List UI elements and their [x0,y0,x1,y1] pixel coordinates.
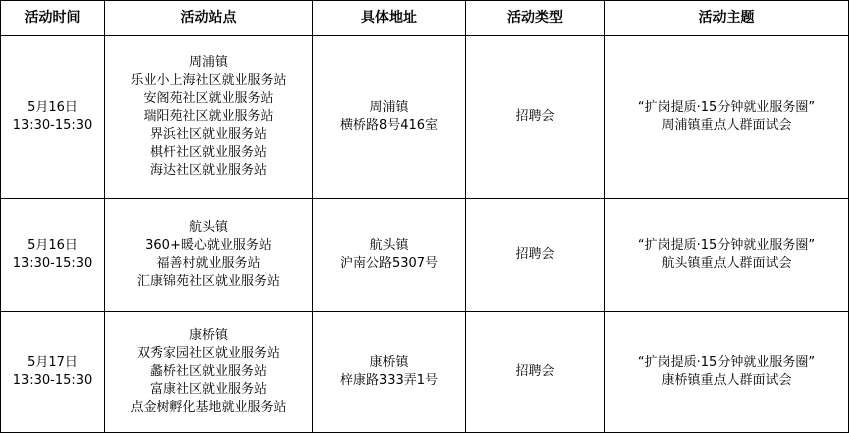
header-row: 活动时间 活动站点 具体地址 活动类型 活动主题 [1,1,849,36]
station-item: 点金树孵化基地就业服务站 [107,399,310,417]
theme-title: “扩岗提质·15分钟就业服务圈” [607,99,846,117]
event-hours: 13:30-15:30 [3,372,102,390]
address-street: 梓康路333弄1号 [315,372,463,390]
theme-cell: “扩岗提质·15分钟就业服务圈” 康桥镇重点人群面试会 [605,312,849,433]
theme-cell: “扩岗提质·15分钟就业服务圈” 周浦镇重点人群面试会 [605,36,849,199]
station-town: 周浦镇 [107,54,310,72]
station-cell: 康桥镇 双秀家园社区就业服务站 蠡桥社区就业服务站 富康社区就业服务站 点金树孵… [105,312,313,433]
time-cell: 5月16日 13:30-15:30 [1,199,105,312]
table-row: 5月16日 13:30-15:30 航头镇 360+暖心就业服务站 福善村就业服… [1,199,849,312]
theme-cell: “扩岗提质·15分钟就业服务圈” 航头镇重点人群面试会 [605,199,849,312]
table-row: 5月17日 13:30-15:30 康桥镇 双秀家园社区就业服务站 蠡桥社区就业… [1,312,849,433]
address-town: 周浦镇 [315,99,463,117]
theme-subtitle: 航头镇重点人群面试会 [607,255,846,273]
type-cell: 招聘会 [466,36,605,199]
station-cell: 航头镇 360+暖心就业服务站 福善村就业服务站 汇康锦苑社区就业服务站 [105,199,313,312]
station-item: 360+暖心就业服务站 [107,237,310,255]
station-item: 棋杆社区就业服务站 [107,144,310,162]
address-street: 横桥路8号416室 [315,117,463,135]
type-cell: 招聘会 [466,199,605,312]
station-item: 安阁苑社区就业服务站 [107,90,310,108]
address-cell: 航头镇 沪南公路5307号 [313,199,466,312]
theme-title: “扩岗提质·15分钟就业服务圈” [607,237,846,255]
table-row: 5月16日 13:30-15:30 周浦镇 乐业小上海社区就业服务站 安阁苑社区… [1,36,849,199]
address-cell: 康桥镇 梓康路333弄1号 [313,312,466,433]
station-item: 福善村就业服务站 [107,255,310,273]
event-hours: 13:30-15:30 [3,117,102,135]
header-time: 活动时间 [1,1,105,36]
event-date: 5月17日 [3,354,102,372]
station-item: 瑞阳苑社区就业服务站 [107,108,310,126]
event-date: 5月16日 [3,237,102,255]
event-hours: 13:30-15:30 [3,255,102,273]
station-item: 界浜社区就业服务站 [107,126,310,144]
station-item: 汇康锦苑社区就业服务站 [107,273,310,291]
address-street: 沪南公路5307号 [315,255,463,273]
header-type: 活动类型 [466,1,605,36]
station-item: 海达社区就业服务站 [107,162,310,180]
station-town: 康桥镇 [107,327,310,345]
time-cell: 5月17日 13:30-15:30 [1,312,105,433]
header-station: 活动站点 [105,1,313,36]
header-theme: 活动主题 [605,1,849,36]
theme-title: “扩岗提质·15分钟就业服务圈” [607,354,846,372]
event-schedule-table: 活动时间 活动站点 具体地址 活动类型 活动主题 5月16日 13:30-15:… [0,0,849,433]
station-town: 航头镇 [107,219,310,237]
station-item: 富康社区就业服务站 [107,381,310,399]
theme-subtitle: 周浦镇重点人群面试会 [607,117,846,135]
address-town: 航头镇 [315,237,463,255]
station-item: 乐业小上海社区就业服务站 [107,72,310,90]
header-address: 具体地址 [313,1,466,36]
station-cell: 周浦镇 乐业小上海社区就业服务站 安阁苑社区就业服务站 瑞阳苑社区就业服务站 界… [105,36,313,199]
station-item: 双秀家园社区就业服务站 [107,345,310,363]
theme-subtitle: 康桥镇重点人群面试会 [607,372,846,390]
type-cell: 招聘会 [466,312,605,433]
event-date: 5月16日 [3,99,102,117]
station-item: 蠡桥社区就业服务站 [107,363,310,381]
address-town: 康桥镇 [315,354,463,372]
time-cell: 5月16日 13:30-15:30 [1,36,105,199]
address-cell: 周浦镇 横桥路8号416室 [313,36,466,199]
